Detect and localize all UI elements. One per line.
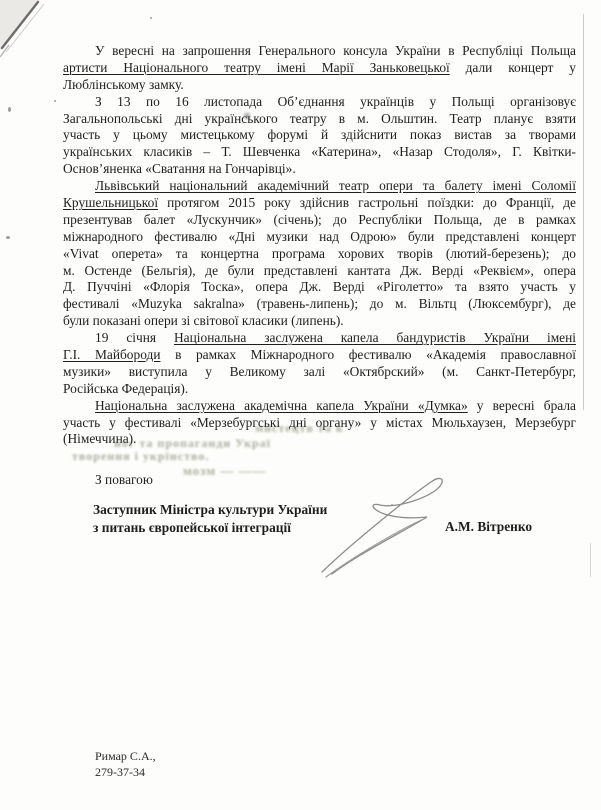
letter-line: були показані опери зі світової класики … (63, 313, 576, 330)
body-text: 19 січня (95, 330, 174, 345)
body-text: українських класиків – Т. Шевченка «Кате… (63, 144, 576, 159)
corner-fold-artifact (0, 0, 60, 64)
body-text: участь у цьому мистецькому форумі й здій… (63, 127, 576, 142)
letter-line: м. Остенде (Бельгія), де були представле… (63, 263, 576, 280)
body-text: протягом 2015 року здійснив гастрольні п… (158, 195, 576, 210)
body-text: в рамках Міжнародного фестивалю «Академі… (160, 347, 576, 362)
letter-line: Основ’яненка «Сватання на Гончарівці». (63, 161, 576, 178)
body-text: Російська Федерація). (63, 381, 188, 396)
body-text: Д. Пуччіні «Флорія Тоска», опера Дж. Вер… (63, 279, 576, 294)
scan-speck (150, 17, 152, 19)
bleedthrough-text: мистецтв та к (255, 421, 344, 436)
signer-title-line2: з питань європейської інтеграції (93, 519, 327, 537)
signer-title-line1: Заступник Міністра культури України (93, 501, 327, 519)
body-text: З 13 по 16 листопада Об’єднання українці… (95, 94, 576, 109)
letter-line: презентував балет «Лускунчик» (січень); … (63, 212, 576, 229)
body-text: у вересні брала (468, 398, 576, 413)
scan-speck (6, 236, 10, 239)
body-text: м. Остенде (Бельгія), де були представле… (63, 263, 576, 278)
signer-title: Заступник Міністра культури України з пи… (93, 501, 327, 537)
body-text: У вересні на запрошення Генерального кон… (95, 43, 576, 58)
underlined-text: Національна заслужена академічна капела … (95, 398, 468, 413)
body-text: Люблінському замку. (63, 77, 184, 92)
letter-line: З 13 по 16 листопада Об’єднання українці… (63, 94, 576, 111)
executor-phone: 279-37-34 (95, 764, 156, 780)
letter-line: Люблінському замку. (63, 77, 576, 94)
body-text: були показані опери зі світової класики … (63, 313, 344, 328)
letter-line: Національна заслужена академічна капела … (63, 398, 576, 415)
letter-line: українських класиків – Т. Шевченка «Кате… (63, 144, 576, 161)
executor-contact: Римар С.А., 279-37-34 (95, 748, 156, 780)
body-text: фестивалі «Muzyka sakralna» (травень-лип… (63, 296, 576, 311)
signer-name: А.М. Вітренко (445, 519, 532, 535)
letter-line: участь у цьому мистецькому форумі й здій… (63, 127, 576, 144)
underlined-text: Львівський національний академічний теат… (95, 178, 576, 193)
scan-edge-line (590, 543, 591, 577)
closing-salutation: З повагою (95, 472, 153, 488)
bleedthrough-text: мозм — —— (183, 463, 267, 479)
letter-line: У вересні на запрошення Генерального кон… (63, 43, 576, 60)
scan-edge-line (583, 14, 584, 410)
executor-name: Римар С.А., (95, 748, 156, 764)
letter-line: «Vivat оперета» та концертна програма хо… (63, 246, 576, 263)
letter-line: 19 січня Національна заслужена капела ба… (63, 330, 576, 347)
underlined-text: Г.І. Майбороди (63, 347, 160, 362)
underlined-text: артисти Національного театру імені Марії… (63, 60, 450, 75)
body-text: Основ’яненка «Сватання на Гончарівці». (63, 161, 296, 176)
handwritten-signature (318, 474, 458, 582)
body-text: дали концерт у (450, 60, 576, 75)
scan-speck (8, 107, 11, 112)
scan-speck (54, 100, 56, 102)
letter-line: міжнародного фестивалю «Дні музики над О… (63, 229, 576, 246)
body-text: Загальнопольські дні українського театру… (63, 111, 576, 126)
letter-line: Крушельницької протягом 2015 року здійсн… (63, 195, 576, 212)
letter-body: У вересні на запрошення Генерального кон… (63, 43, 576, 448)
body-text: презентував балет «Лускунчик» (січень); … (63, 212, 576, 227)
body-text: міжнародного фестивалю «Дні музики над О… (63, 229, 576, 244)
letter-line: фестивалі «Muzyka sakralna» (травень-лип… (63, 296, 576, 313)
letter-line: музики» виступила у Великому залі «Октяб… (63, 364, 576, 381)
letter-line: Г.І. Майбороди в рамках Міжнародного фес… (63, 347, 576, 364)
letter-line: Д. Пуччіні «Флорія Тоска», опера Дж. Вер… (63, 279, 576, 296)
letter-line: Загальнопольські дні українського театру… (63, 111, 576, 128)
underlined-text: Національна заслужена капела бандуристів… (174, 330, 576, 345)
body-text: «Vivat оперета» та концертна програма хо… (63, 246, 576, 261)
underlined-text: Крушельницької (63, 195, 158, 210)
body-text: музики» виступила у Великому залі «Октяб… (63, 364, 576, 379)
scanned-letter-page: У вересні на запрошення Генерального кон… (0, 0, 601, 810)
letter-line: артисти Національного театру імені Марії… (63, 60, 576, 77)
letter-line: Львівський національний академічний теат… (63, 178, 576, 195)
letter-line: Російська Федерація). (63, 381, 576, 398)
bleedthrough-text: творення і укрїнство. (72, 449, 209, 464)
